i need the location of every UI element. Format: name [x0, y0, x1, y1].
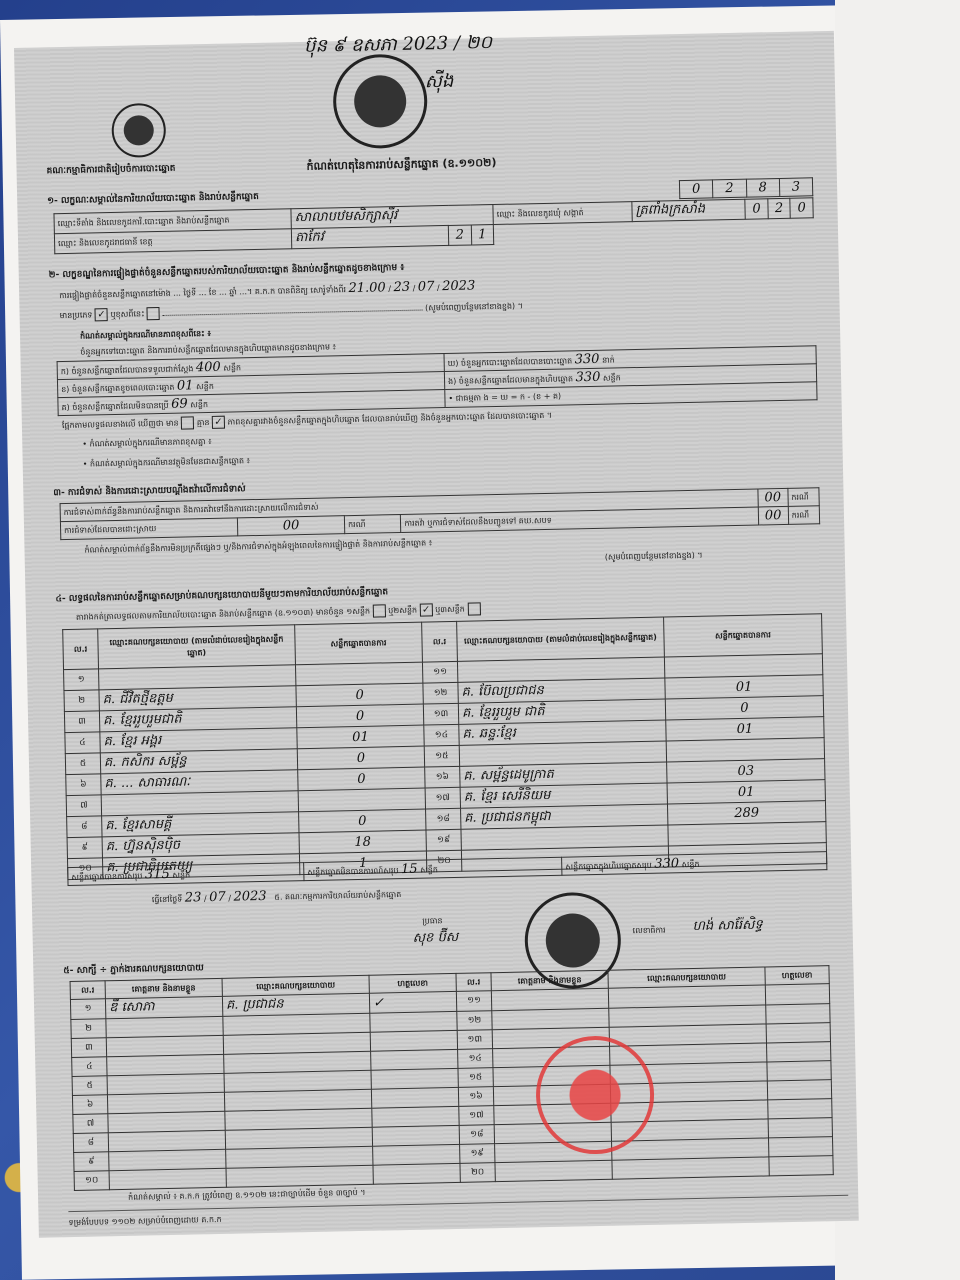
check-time-text: ការផ្ទៀងផ្ទាត់ចំនួនសន្លឹកឆ្នោតនៅម៉ោង ...…	[59, 285, 346, 300]
signing-date: ធ្វើនៅថ្ងៃទី 23 / 07 / 2023 ៥. គណៈកម្មកា…	[152, 886, 402, 906]
party-votes: 01	[297, 725, 424, 749]
row-number: ១៤	[458, 1049, 493, 1069]
witness-signature	[765, 984, 829, 1005]
box-ballots-label: ចំនួនសន្លឹកឆ្នោតដែលមានក្នុងហិបឆ្នោត	[459, 374, 573, 385]
row-number: ៧	[73, 1114, 108, 1134]
witness-signature	[373, 1144, 460, 1165]
witness-signature	[373, 1163, 460, 1184]
total-invalid: 15	[401, 862, 418, 877]
witness-name	[108, 1130, 225, 1151]
row-number: ១៧	[459, 1106, 494, 1126]
witness-signature	[371, 1049, 458, 1070]
row-number: ១៨	[459, 1125, 494, 1145]
party-votes: 0	[299, 809, 426, 833]
code-digit: 0	[679, 180, 713, 199]
witness-name	[491, 988, 608, 1010]
row-number: ១៣	[457, 1030, 492, 1050]
voters-value: 330	[574, 352, 599, 368]
party-votes: 0	[296, 683, 423, 707]
row-number: ២០	[460, 1163, 495, 1183]
received-ballots-label: ចំនួនសន្លឹកឆ្នោតដែលបានទទួលជាក់ស្តែង	[71, 364, 193, 376]
discrepancy-no-checkbox[interactable]: ✓	[212, 416, 225, 429]
province-code-digit: 1	[471, 224, 494, 244]
party-votes: 0	[298, 767, 425, 791]
seal-bad-checkbox[interactable]	[147, 307, 160, 320]
check-year: 2023	[442, 278, 475, 294]
witness-name	[106, 1035, 223, 1056]
witness-signature	[767, 1042, 831, 1062]
handwritten-note: ប៊ុន ៩ ឧសភា 2023 / ២០	[304, 30, 493, 61]
witness-signature	[768, 1118, 832, 1138]
row-number: ១៩	[426, 829, 461, 851]
row-number: ៩	[74, 1152, 109, 1172]
witness-name	[107, 1073, 224, 1094]
note-label: កំណត់សម្គាល់ក្នុងករណីមានភាពខុសពីនេះ ៖	[80, 328, 211, 343]
row-number: ២	[71, 1019, 106, 1039]
witness-signature	[767, 1080, 831, 1100]
commune-value: ត្រពាំងក្រសាំង	[632, 199, 746, 221]
witness-name	[107, 1054, 224, 1075]
bullet-discrepancy: • កំណត់សម្គាល់ក្នុងករណីមានភាពខុសគ្នា ៖	[82, 436, 212, 451]
handwritten-signature: ស៊ីង	[425, 69, 454, 97]
witness-signature	[768, 1137, 832, 1157]
witness-signature	[370, 1011, 457, 1032]
check-day: 23	[393, 280, 410, 295]
row-number: ៣	[64, 711, 99, 733]
seal-bad-label: ឬខុសពីនេះ	[110, 309, 144, 319]
party-votes: 0	[296, 704, 423, 728]
witness-signature	[766, 1023, 830, 1043]
unused-ballots-label: ចំនួនសន្លឹកឆ្នោតដែលមិនបានប្រើ	[72, 401, 168, 412]
witness-name	[107, 1092, 224, 1113]
spoiled-ballots-value: 01	[177, 378, 194, 393]
voters-label: ចំនួនអ្នកបោះឆ្នោតដែលបានបោះឆ្នោត	[461, 356, 572, 367]
row-number: ១៦	[425, 766, 460, 788]
commune-code-digit: 0	[790, 198, 813, 218]
one-sheet-checkbox[interactable]	[372, 604, 385, 617]
witness-party	[226, 1165, 373, 1187]
received-ballots-value: 400	[196, 360, 221, 376]
row-number: ៥	[65, 753, 100, 775]
witness-signature	[372, 1106, 459, 1127]
witness-signature	[371, 1087, 458, 1108]
row-number: ១០	[74, 1171, 109, 1191]
witness-signature	[370, 1030, 457, 1051]
row-number: ៤	[72, 1057, 107, 1077]
row-number: ៥	[72, 1076, 107, 1096]
row-number: ១២	[457, 1011, 492, 1031]
check-month: 07	[418, 279, 435, 294]
witness-table: ល.រ គោត្តនាម និងនាមខ្លួន ឈ្មោះគណបក្សនយោប…	[70, 965, 834, 1191]
party-votes: 18	[299, 830, 426, 854]
chair-signature: សុខ ប៊ីស	[413, 929, 459, 949]
row-number: ៨	[73, 1133, 108, 1153]
fill-hint: (សូមបំពេញបន្ថែមនៅខាងខ្នង) ។	[425, 301, 523, 312]
witness-signature	[371, 1068, 458, 1089]
row-number: ៩	[67, 837, 102, 859]
row-number: ៨	[67, 816, 102, 838]
witness-name	[108, 1111, 225, 1132]
row-number: ១៩	[460, 1144, 495, 1164]
row-number: ១	[64, 669, 99, 691]
row-number: ១	[70, 999, 105, 1020]
total-valid: 315	[145, 867, 170, 883]
witness-signature	[767, 1061, 831, 1081]
two-sheets-checkbox[interactable]: ✓	[419, 603, 432, 616]
irregularities-note: កំណត់សម្គាល់ពាក់ព័ន្ធនឹងការមិនប្រក្រតីផ្…	[84, 537, 432, 556]
witness-signature	[768, 1099, 832, 1119]
resolved-label: ការជំទាស់ដែលបានដោះស្រាយ	[60, 518, 237, 540]
section3-title: ៣- ការជំទាស់ និងការដោះស្រាយបណ្តឹងតវ៉ាលើក…	[53, 483, 246, 500]
row-number: ១៣	[423, 703, 458, 725]
witness-party	[612, 1157, 769, 1179]
witness-name: ឌី សោភា	[105, 996, 222, 1018]
row-number: ១៤	[424, 724, 459, 746]
row-number: ៧	[66, 795, 101, 817]
seal-ok-label: មានប្រភេទ	[60, 310, 93, 320]
section5-title: ៥- សាក្សី ÷ ភ្នាក់ងារគណបក្សនយោបាយ	[63, 962, 204, 978]
province-value: តាកែវ	[291, 225, 448, 248]
code-digit: 8	[746, 179, 780, 198]
row-number: ៣	[71, 1038, 106, 1058]
witness-signature: ✓	[369, 991, 456, 1013]
objections-value: 00	[757, 488, 788, 507]
fill-hint-3: (សូមបំពេញបន្ថែមនៅខាងខ្នង) ។	[605, 550, 703, 564]
party-votes: 0	[297, 746, 424, 770]
row-number: ១៥	[458, 1068, 493, 1088]
witness-name	[495, 1160, 612, 1181]
bullet-foreign-objects: • កំណត់សម្គាល់ក្នុងករណីមានវត្ថុមិនមែនជាស…	[83, 455, 251, 471]
nec-logo-icon	[111, 103, 166, 158]
check-time: 21.00	[348, 280, 386, 296]
row-number: ១២	[423, 682, 458, 704]
code-digit: 2	[713, 179, 747, 198]
party-results-table: ល.រ ឈ្មោះគណបក្សនយោបាយ (តាមលំដាប់លេខរៀងក្…	[62, 613, 827, 880]
appeals-value: 00	[758, 506, 789, 525]
spoiled-ballots-label: ចំនួនសន្លឹកឆ្នោតខូចពេលបោះឆ្នោត	[72, 383, 175, 394]
ballot-count-form: ប៊ុន ៩ ឧសភា 2023 / ២០ ស៊ីង គណៈកម្មាធិការ…	[14, 31, 859, 1238]
three-sheets-checkbox[interactable]	[467, 602, 480, 615]
form-title: កំណត់ហេតុនៃការរាប់សន្លឹកឆ្នោត (ឧ.១១០២)	[306, 156, 496, 176]
committee-name: គណៈកម្មាធិការជាតិរៀបចំការបោះឆ្នោត	[46, 163, 175, 179]
chair-label: ប្រធាន	[422, 915, 442, 927]
commune-code-digit: 2	[768, 198, 791, 218]
seal-ok-checkbox[interactable]: ✓	[95, 308, 108, 321]
witness-signature	[769, 1156, 833, 1176]
footnote: កំណត់សម្គាល់ ៖ គ.ក.ក ត្រូវបំពេញ ឧ.១១០២ ន…	[128, 1187, 366, 1204]
row-number: ១៧	[425, 787, 460, 809]
party-votes	[298, 788, 425, 812]
row-number: ៤	[65, 732, 100, 754]
row-number: ១៦	[458, 1087, 493, 1107]
witness-name	[106, 1016, 223, 1037]
witness-signature	[372, 1125, 459, 1146]
results-sheets: តារាងកត់ត្រាលទ្ធផលតាមការិយាល័យបោះឆ្នោត ន…	[76, 602, 481, 623]
box-ballots-value: 330	[575, 370, 600, 386]
party-votes	[295, 662, 422, 686]
witness-name	[109, 1168, 226, 1189]
province-label: ឈ្មោះ និងលេខកូដរាជធានី ខេត្ត	[54, 229, 291, 254]
witness-signature	[766, 1004, 830, 1024]
witness-name	[109, 1149, 226, 1170]
row-number: ១៥	[424, 745, 459, 767]
section4-title: ៤- លទ្ធផលនៃការរាប់សន្លឹកឆ្នោតសម្រាប់គណបក…	[55, 586, 388, 606]
unused-ballots-value: 69	[171, 396, 188, 411]
code-digit: 3	[779, 178, 813, 197]
form-usage-note: ទម្រង់បែបបទ ១១០២ សម្រាប់បំពេញដោយ គ.ក.ក	[68, 1214, 221, 1229]
row-number: ១៨	[426, 808, 461, 830]
row-number: ១១	[422, 661, 457, 683]
row-number: ១១	[456, 991, 491, 1012]
row-number: ៦	[72, 1095, 107, 1115]
province-code-digit: 2	[448, 225, 471, 245]
witness-name	[492, 1008, 609, 1029]
commune-code-digit: 0	[745, 199, 768, 219]
discrepancy-yes-checkbox[interactable]	[181, 416, 194, 429]
resolved-value: 00	[237, 516, 344, 536]
row-number: ៦	[66, 774, 101, 796]
secretary-signature: ហង់ សារ៉ែសិទ្ធ	[692, 917, 763, 937]
secretary-label: លេខាធិការ	[633, 925, 666, 938]
total-in-box: 330	[654, 856, 679, 872]
row-number: ២	[64, 690, 99, 712]
official-seal-top	[332, 53, 428, 149]
